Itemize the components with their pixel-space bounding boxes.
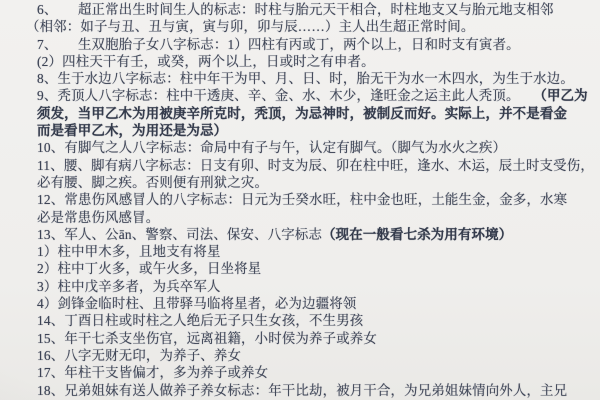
text-line: (2）四柱天干有壬，或癸，两个以上，日或时之有申者。 bbox=[37, 53, 592, 70]
text-line: 10、有脚气之人八字标志：命局中有子与午，认定有脚气。（脚气为水火之疾） bbox=[37, 139, 592, 156]
text-segment: 16、八字无财无印，为养子、养女 bbox=[37, 348, 241, 363]
text-line: 17、年柱干支皆偏才，多为养子或养女 bbox=[37, 364, 592, 381]
text-segment: 11、腰、脚有病八字标志：日支有卯、时支为辰、卯在柱中旺，逢水、木运，辰土时支受… bbox=[37, 158, 594, 173]
document-page: 6、 超正常出生时间生人的标志：时柱与胎元天干相合，时柱地支又与胎元地支相邻（相… bbox=[0, 0, 600, 400]
text-segment: （现在一般看七杀为用有环境） bbox=[322, 227, 512, 242]
text-segment: 4）剑锋金临时柱、且带驿马临将星者，必为边疆将领 bbox=[37, 296, 356, 311]
text-line: 12、常患伤风感冒人的八字标志：日元为壬癸水旺，柱中金也旺，土能生金，金多，水寒 bbox=[37, 191, 592, 208]
text-segment: 18、兄弟姐妹有送人做养子养女标志：年干比劫，被月干合，为兄弟姐妹情向外人，主兄 bbox=[37, 383, 567, 398]
text-segment: 10、有脚气之人八字标志：命局中有子与午，认定有脚气。（脚气为水火之疾） bbox=[37, 140, 506, 155]
text-segment: 12、常患伤风感冒人的八字标志：日元为壬癸水旺，柱中金也旺，土能生金，金多，水寒 bbox=[37, 192, 567, 207]
text-segment: (2）四柱天干有壬，或癸，两个以上，日或时之有申者。 bbox=[37, 54, 375, 69]
text-segment: （甲乙为 bbox=[513, 88, 588, 103]
text-segment: 14、丁酉日柱或时柱之人绝后无子只生女孩，不生男孩 bbox=[37, 313, 363, 328]
text-line: 须发，当甲乙木为用被庚辛所克时，秃顶，为忌神时，被制反而好。实际上，并不是看金 bbox=[37, 105, 592, 122]
text-segment: 而是看甲乙木，为用还是为忌） bbox=[37, 123, 227, 138]
text-segment: 必有腰、脚之疾。否则便有刑狱之灾。 bbox=[37, 175, 268, 190]
text-line: 6、 超正常出生时间生人的标志：时柱与胎元天干相合，时柱地支又与胎元地支相邻 bbox=[37, 1, 592, 18]
text-segment: （相邻：如子与丑、丑与寅，寅与卯，卯与辰……）主人出生超正常时间。 bbox=[26, 19, 475, 34]
text-segment: 1）柱中甲木多，且地支有将星 bbox=[37, 244, 221, 259]
text-segment: 3）柱中戊辛多者，为兵卒军人 bbox=[37, 279, 221, 294]
text-line: 8、生于水边八字标志：柱中年干为甲、月、日、时，胎无干为水一木四水，为生于水边。 bbox=[37, 70, 592, 87]
text-segment: 8、生于水边八字标志：柱中年干为甲、月、日、时，胎无干为水一木四水，为生于水边。 bbox=[37, 71, 574, 86]
text-line: 1）柱中甲木多，且地支有将星 bbox=[37, 243, 592, 260]
text-line: 必是常患伤风感冒。 bbox=[37, 209, 592, 226]
text-line: 14、丁酉日柱或时柱之人绝后无子只生女孩，不生男孩 bbox=[37, 312, 592, 329]
text-line: 而是看甲乙木，为用还是为忌） bbox=[37, 122, 592, 139]
text-line: 3）柱中戊辛多者，为兵卒军人 bbox=[37, 278, 592, 295]
document-body: 6、 超正常出生时间生人的标志：时柱与胎元天干相合，时柱地支又与胎元地支相邻（相… bbox=[0, 1, 600, 400]
text-segment: 必是常患伤风感冒。 bbox=[37, 210, 159, 225]
text-line: 16、八字无财无印，为养子、养女 bbox=[37, 347, 592, 364]
text-segment: 9、秃顶人八字标志：柱中干透庚、辛、金、水、木少，逢旺金之运主此人秃顶。 bbox=[37, 88, 513, 103]
text-segment: 6、 超正常出生时间生人的标志：时柱与胎元天干相合，时柱地支又与胎元地支相邻 bbox=[37, 2, 554, 17]
text-segment: 17、年柱干支皆偏才，多为养子或养女 bbox=[37, 365, 268, 380]
text-line: （相邻：如子与丑、丑与寅，寅与卯，卯与辰……）主人出生超正常时间。 bbox=[26, 18, 592, 35]
text-segment: 须发，当甲乙木为用被庚辛所克时，秃顶，为忌神时，被制反而好。实际上，并不是看金 bbox=[37, 106, 567, 121]
text-line: 7、 生双胞胎子女八字标志：1）四柱有丙或丁，两个以上，日和时支有寅者。 bbox=[37, 36, 592, 53]
text-segment: 7、 生双胞胎子女八字标志：1）四柱有丙或丁，两个以上，日和时支有寅者。 bbox=[37, 37, 520, 52]
text-line: 必有腰、脚之疾。否则便有刑狱之灾。 bbox=[37, 174, 592, 191]
text-line: 2）柱中丁火多，或午火多，日坐将星 bbox=[37, 260, 592, 277]
text-line: 9、秃顶人八字标志：柱中干透庚、辛、金、水、木少，逢旺金之运主此人秃顶。 （甲乙… bbox=[37, 87, 592, 104]
text-line: 13、军人、公ān、警察、司法、保安、八字标志（现在一般看七杀为用有环境） bbox=[37, 226, 592, 243]
text-segment: 2）柱中丁火多，或午火多，日坐将星 bbox=[37, 261, 261, 276]
text-line: 18、兄弟姐妹有送人做养子养女标志：年干比劫，被月干合，为兄弟姐妹情向外人，主兄 bbox=[37, 382, 592, 399]
text-line: 4）剑锋金临时柱、且带驿马临将星者，必为边疆将领 bbox=[37, 295, 592, 312]
text-line: 15、年干七杀支坐伤官，远离祖籍，小时侯为养子或养女 bbox=[37, 330, 592, 347]
text-segment: 15、年干七杀支坐伤官，远离祖籍，小时侯为养子或养女 bbox=[37, 331, 377, 346]
text-line: 11、腰、脚有病八字标志：日支有卯、时支为辰、卯在柱中旺，逢水、木运，辰土时支受… bbox=[37, 157, 592, 174]
text-segment: 13、军人、公ān、警察、司法、保安、八字标志 bbox=[37, 227, 322, 242]
